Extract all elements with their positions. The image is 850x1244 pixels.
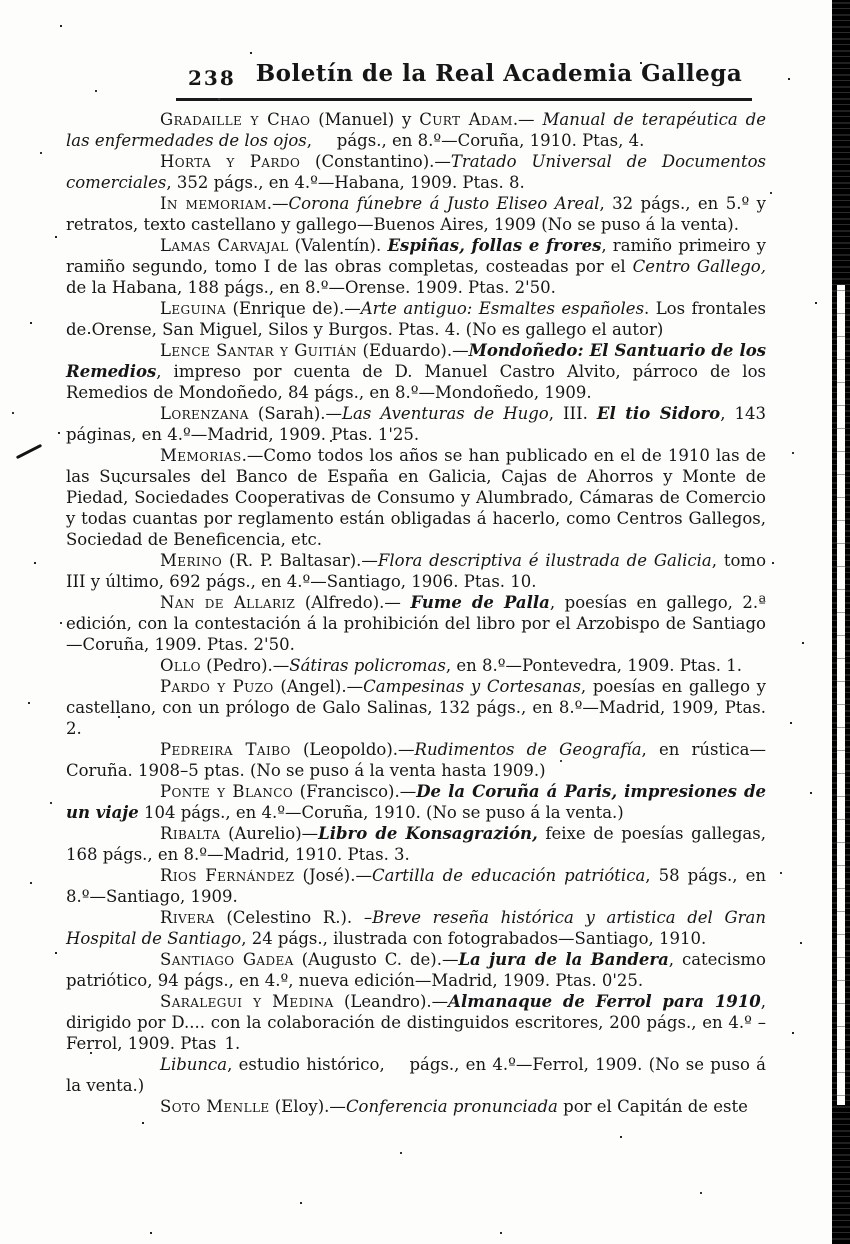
work-title: Corona fúnebre á Justo Eliseo Areal — [289, 194, 600, 213]
author-name: Saralegui y Medina — [160, 992, 334, 1011]
page-number: 238 — [188, 66, 236, 90]
entry-text: (Francisco).— — [293, 782, 416, 801]
work-title: Fume de Palla — [410, 593, 549, 612]
author-name: Leguina — [160, 299, 226, 318]
work-title: Rudimentos de Geografía — [415, 740, 642, 759]
bibliography-entry: Pedreira Taibo (Leopoldo).—Rudimentos de… — [66, 739, 766, 781]
work-title: Arte antiguo: Esmaltes españoles — [361, 299, 644, 318]
work-title: Libunca — [160, 1055, 227, 1074]
author-name: Pardo y Puzo — [160, 677, 274, 696]
author-name: Rios Fernández — [160, 866, 295, 885]
entry-text: (Leandro).— — [334, 992, 448, 1011]
work-title: Campesinas y Cortesanas — [363, 677, 581, 696]
entry-text: (R. P. Baltasar).— — [222, 551, 378, 570]
entry-text: 104 págs., en 4.º—Coruña, 1910. (No se p… — [139, 803, 624, 822]
author-name: Soto Menlle — [160, 1097, 269, 1116]
work-title: El tio Sidoro — [597, 404, 720, 423]
entry-text: (Pedro).— — [201, 656, 289, 675]
work-title: Flora descriptiva é ilustrada de Galicia — [378, 551, 712, 570]
pen-mark — [16, 444, 42, 459]
scanned-page: 238 Boletín de la Real Academia Gallega … — [0, 0, 850, 1244]
work-title: Almanaque de Ferrol para 1910 — [448, 992, 761, 1011]
bibliography-entry: Leguina (Enrique de).—Arte antiguo: Esma… — [66, 298, 766, 340]
work-title: Centro Gallego, — [633, 257, 766, 276]
work-title: Sátiras policromas — [289, 656, 446, 675]
entry-text: (Leopoldo).— — [291, 740, 415, 759]
bibliography-entry: Lorenzana (Sarah).—Las Aventuras de Hugo… — [66, 403, 766, 445]
entry-text: .— — [267, 194, 289, 213]
entry-text: , págs., en 8.º—Coruña, 1910. Ptas, 4. — [307, 131, 645, 150]
author-name: In memoriam — [160, 194, 267, 213]
bibliography-entry: Libunca, estudio histórico, págs., en 4.… — [66, 1054, 766, 1096]
page-header: 238 Boletín de la Real Academia Gallega — [176, 58, 752, 101]
bibliography-entry: Horta y Pardo (Constantino).—Tratado Uni… — [66, 151, 766, 193]
author-name: Ponte y Blanco — [160, 782, 293, 801]
entry-text: (Enrique de).— — [226, 299, 361, 318]
bibliography-entry: Ponte y Blanco (Francisco).—De la Coruña… — [66, 781, 766, 823]
entry-text: (Constantino).— — [300, 152, 451, 171]
bibliography-entry: Rios Fernández (José).—Cartilla de educa… — [66, 865, 766, 907]
bibliography-entry: Ollo (Pedro).—Sátiras policromas, en 8.º… — [66, 655, 766, 676]
bibliography-entries: Gradaille y Chao (Manuel) y Curt Adam.— … — [66, 109, 766, 1117]
author-name: Gradaille y Chao — [160, 110, 310, 129]
entry-text: (Angel).— — [274, 677, 363, 696]
author-name: Ribalta — [160, 824, 220, 843]
bibliography-entry: Nan de Allariz (Alfredo).— Fume de Palla… — [66, 592, 766, 655]
bibliography-entry: Santiago Gadea (Augusto C. de).—La jura … — [66, 949, 766, 991]
entry-text: (Eduardo).— — [357, 341, 469, 360]
author-name: Rivera — [160, 908, 215, 927]
bibliography-entry: Soto Menlle (Eloy).—Conferencia pronunci… — [66, 1096, 766, 1117]
entry-text: .— — [513, 110, 543, 129]
author-name: Horta y Pardo — [160, 152, 300, 171]
author-name: Merino — [160, 551, 222, 570]
bibliography-entry: Lamas Carvajal (Valentín). Espiñas, foll… — [66, 235, 766, 298]
entry-text: , 352 págs., en 4.º—Habana, 1909. Ptas. … — [166, 173, 524, 192]
journal-title: Boletín de la Real Academia Gallega — [246, 60, 752, 87]
entry-text: por el Capitán de este — [558, 1097, 748, 1116]
entry-text: , III. — [549, 404, 597, 423]
entry-text: (Aurelio)— — [220, 824, 318, 843]
entry-text: (Valentín). — [288, 236, 387, 255]
bibliography-entry: Lence Santar y Guitián (Eduardo).—Mondoñ… — [66, 340, 766, 403]
work-title: Libro de Konsagrazión, — [318, 824, 538, 843]
entry-text: , impreso por cuenta de D. Manuel Castro… — [66, 362, 766, 402]
author-name: Lamas Carvajal — [160, 236, 288, 255]
bibliography-entry: Memorias.—Como todos los años se han pub… — [66, 445, 766, 550]
work-title: Cartilla de educación patriótica — [372, 866, 645, 885]
work-title: La jura de la Bandera — [458, 950, 668, 969]
author-name: Lence Santar y Guitián — [160, 341, 357, 360]
bibliography-entry: Gradaille y Chao (Manuel) y Curt Adam.— … — [66, 109, 766, 151]
entry-text: (José).— — [295, 866, 372, 885]
entry-text: (Alfredo).— — [295, 593, 410, 612]
entry-text: (Augusto C. de).— — [294, 950, 459, 969]
entry-text: , en 8.º—Pontevedra, 1909. Ptas. 1. — [446, 656, 742, 675]
bibliography-entry: Ribalta (Aurelio)—Libro de Konsagrazión,… — [66, 823, 766, 865]
author-name: Santiago Gadea — [160, 950, 294, 969]
entry-text: , 24 págs., ilustrada con fotograbados—S… — [241, 929, 706, 948]
binding-shadow — [832, 0, 850, 1244]
work-title: Conferencia pronunciada — [346, 1097, 558, 1116]
entry-text: (Manuel) y — [310, 110, 419, 129]
author-name: Ollo — [160, 656, 201, 675]
entry-text: (Sarah).— — [249, 404, 342, 423]
entry-text: de la Habana, 188 págs., en 8.º—Orense. … — [66, 278, 556, 297]
bibliography-entry: In memoriam.—Corona fúnebre á Justo Elis… — [66, 193, 766, 235]
work-title: Las Aventuras de Hugo — [342, 404, 549, 423]
author-name: Nan de Allariz — [160, 593, 295, 612]
bibliography-entry: Pardo y Puzo (Angel).—Campesinas y Corte… — [66, 676, 766, 739]
author-name: Pedreira Taibo — [160, 740, 291, 759]
entry-text: (Eloy).— — [269, 1097, 345, 1116]
author-name: Curt Adam — [419, 110, 513, 129]
bibliography-entry: Merino (R. P. Baltasar).—Flora descripti… — [66, 550, 766, 592]
author-name: Lorenzana — [160, 404, 249, 423]
bibliography-entry: Rivera (Celestino R.). –Breve reseña his… — [66, 907, 766, 949]
entry-text: (Celestino R.). – — [215, 908, 372, 927]
author-name: Memorias — [160, 446, 242, 465]
bibliography-entry: Saralegui y Medina (Leandro).—Almanaque … — [66, 991, 766, 1054]
scan-noise — [0, 0, 2, 2]
work-title: Espiñas, follas e frores — [387, 236, 601, 255]
